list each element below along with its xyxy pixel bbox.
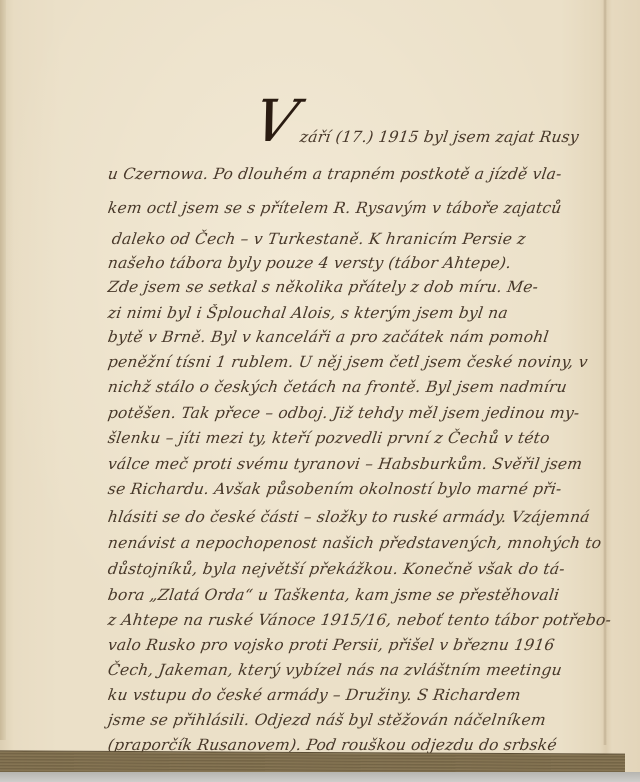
text-line-4: daleko od Čech – v Turkestaně. K hranicí… xyxy=(111,230,527,248)
text-line-11: potěšen. Tak přece – odboj. Již tehdy mě… xyxy=(107,404,581,422)
text-line-21: Čech, Jakeman, který vybízel nás na zvlá… xyxy=(107,661,563,679)
text-line-7: zi nimi byl i Šplouchal Alois, s kterým … xyxy=(107,304,509,322)
background-surface xyxy=(0,772,640,782)
text-line-19: z Ahtepe na ruské Vánoce 1915/16, neboť … xyxy=(107,611,613,629)
text-line-20: valo Rusko pro vojsko proti Persii, přiš… xyxy=(107,636,556,654)
text-line-16: nenávist a nepochopenost našich představ… xyxy=(107,534,603,552)
manuscript-page: V září (17.) 1915 byl jsem zajat Rusy u … xyxy=(0,0,640,782)
text-line-2: u Czernowa. Po dlouhém a trapném postkot… xyxy=(107,165,563,183)
text-line-15: hlásiti se do české části – složky to ru… xyxy=(107,508,591,526)
text-line-6: Zde jsem se setkal s několika přátely z … xyxy=(107,278,540,296)
page-fold-shadow xyxy=(603,0,607,745)
text-line-18: bora „Zlatá Orda“ u Taškenta, kam jsme s… xyxy=(107,586,561,604)
text-line-10: nichž stálo o českých četách na frontě. … xyxy=(107,378,568,396)
drop-cap-letter: V xyxy=(249,92,303,150)
page-left-edge xyxy=(0,0,6,740)
text-line-9: peněžní tísni 1 rublem. U něj jsem četl … xyxy=(107,353,589,371)
text-line-5: našeho tábora byly pouze 4 versty (tábor… xyxy=(107,254,513,272)
text-line-23: jsme se přihlásili. Odjezd náš byl stěžo… xyxy=(107,711,547,729)
text-line-14: se Richardu. Avšak působením okolností b… xyxy=(107,480,563,498)
text-line-17: důstojníků, byla největší překážkou. Kon… xyxy=(107,560,566,578)
text-line-22: ku vstupu do české armády – Družiny. S R… xyxy=(107,686,522,704)
text-line-1: září (17.) 1915 byl jsem zajat Rusy xyxy=(299,128,580,146)
text-line-12: šlenku – jíti mezi ty, kteří pozvedli pr… xyxy=(107,429,551,447)
text-line-8: bytě v Brně. Byl v kanceláři a pro začát… xyxy=(107,328,550,346)
text-line-13: válce meč proti svému tyranovi – Habsbur… xyxy=(107,455,584,473)
text-line-3: kem octl jsem se s přítelem R. Rysavým v… xyxy=(107,199,563,217)
